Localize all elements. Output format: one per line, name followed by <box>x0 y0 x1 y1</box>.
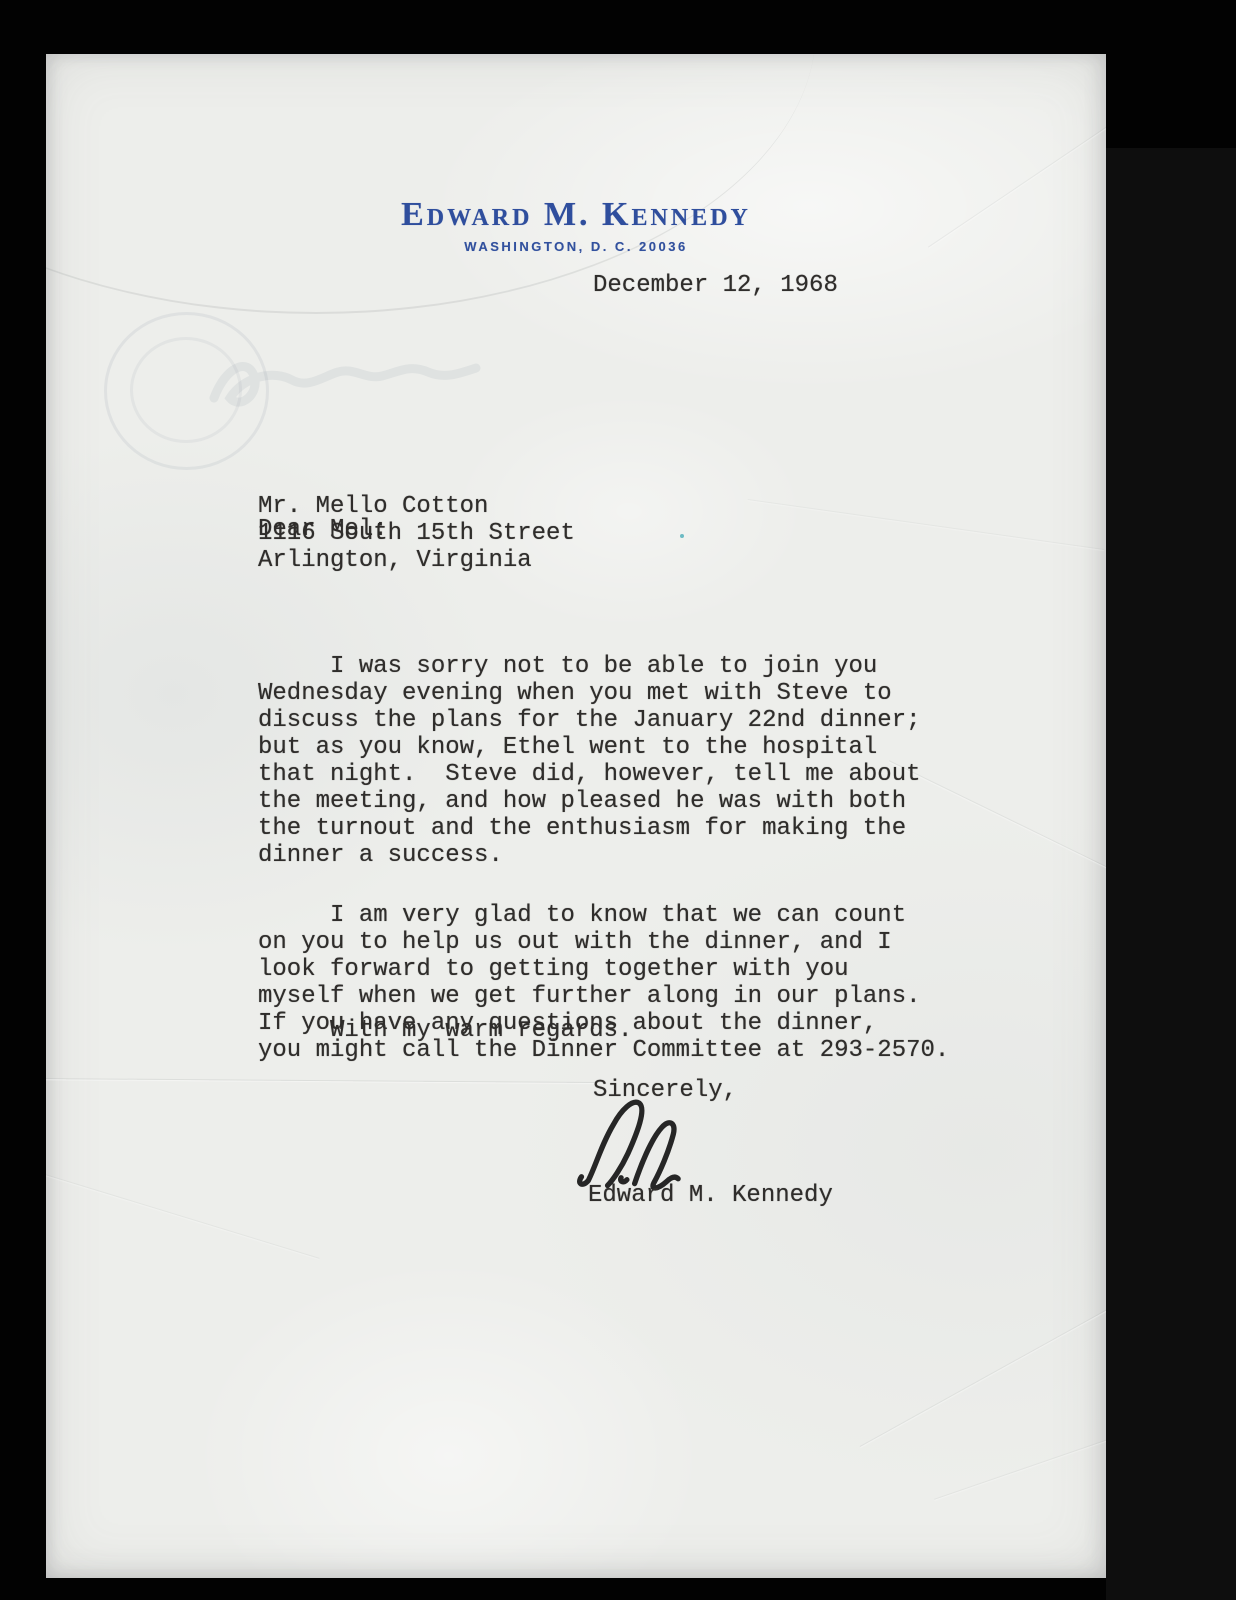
body-text-line: I am very glad to know that we can count <box>258 902 949 929</box>
letterhead-address: WASHINGTON, D. C. 20036 <box>46 239 1106 254</box>
body-text-line: Wednesday evening when you met with Stev… <box>258 680 921 707</box>
paper-crease <box>860 1262 1106 1447</box>
scanned-letter-photo: Edward M. Kennedy WASHINGTON, D. C. 2003… <box>0 0 1236 1600</box>
recipient-address: Mr. Mello Cotton1116 South 15th StreetAr… <box>258 412 575 574</box>
letter-page: Edward M. Kennedy WASHINGTON, D. C. 2003… <box>46 54 1106 1578</box>
body-text-line: on you to help us out with the dinner, a… <box>258 929 949 956</box>
body-text-line: I was sorry not to be able to join you <box>258 653 921 680</box>
body-text-line: but as you know, Ethel went to the hospi… <box>258 734 921 761</box>
body-text-line: look forward to getting together with yo… <box>258 956 949 983</box>
letter-date: December 12, 1968 <box>593 272 838 299</box>
body-text-line: discuss the plans for the January 22nd d… <box>258 707 921 734</box>
body-text-line: that night. Steve did, however, tell me … <box>258 761 921 788</box>
body-text-line: the meeting, and how pleased he was with… <box>258 788 921 815</box>
recipient-address-line: Arlington, Virginia <box>258 547 575 574</box>
scan-artifact-dot <box>680 534 684 538</box>
letterhead: Edward M. Kennedy WASHINGTON, D. C. 2003… <box>46 196 1106 254</box>
letterhead-name: Edward M. Kennedy <box>46 196 1106 234</box>
signer-name: Edward M. Kennedy <box>588 1182 833 1209</box>
paper-crease <box>46 1078 596 1083</box>
scan-background-strip <box>1106 148 1236 1600</box>
body-text-line: myself when we get further along in our … <box>258 983 949 1010</box>
paper-crease <box>46 1170 320 1259</box>
signature-scrawl <box>566 1092 711 1192</box>
paper-crease <box>934 1401 1106 1500</box>
regards-line: With my warm regards. <box>258 1017 632 1044</box>
paper-crease <box>748 499 1105 550</box>
salutation: Dear Mel: <box>258 516 388 543</box>
